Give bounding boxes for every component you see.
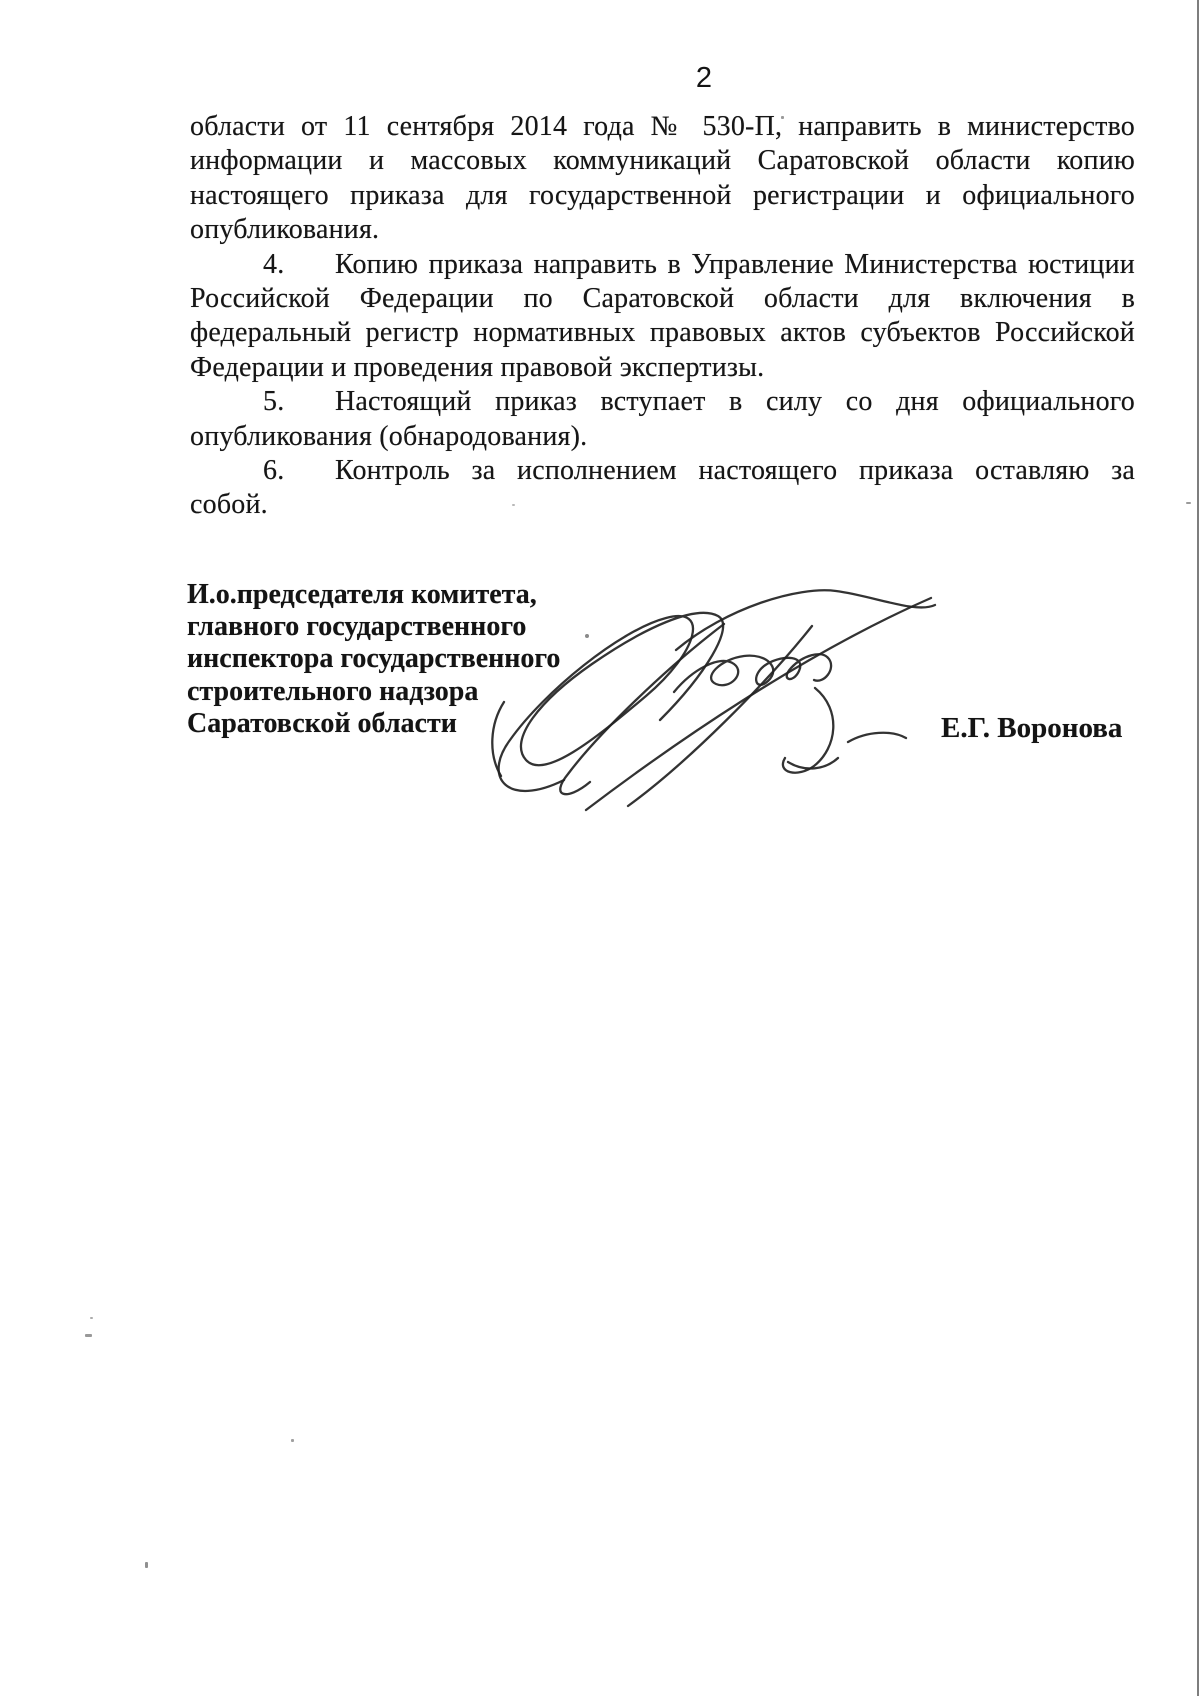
body-line: Федерации и проведения правовой эксперти… <box>190 351 1135 385</box>
signatory-name: Е.Г. Воронова <box>941 712 1122 745</box>
scan-edge-artifact <box>1197 0 1199 1696</box>
body-line: 6.Контроль за исполнением настоящего при… <box>190 454 1135 488</box>
body-line: Российской Федерации по Саратовской обла… <box>190 282 1135 316</box>
handwritten-signature-icon <box>468 572 948 822</box>
body-line-text: настоящего приказа для государственной р… <box>190 180 1135 211</box>
body-line: области от 11 сентября 2014 года № 530-П… <box>190 110 1135 144</box>
body-line-text: области от 11 сентября 2014 года № 530-П… <box>190 111 1135 142</box>
scan-speck <box>1186 502 1191 504</box>
body-line-text: Российской Федерации по Саратовской обла… <box>190 283 1135 314</box>
page-number: 2 <box>684 60 724 96</box>
body-line: федеральный регистр нормативных правовых… <box>190 316 1135 350</box>
body-line-text: собой. <box>190 489 268 520</box>
paragraph-number: 5. <box>263 385 335 419</box>
body-line: опубликования (обнародования). <box>190 420 1135 454</box>
paragraph-number: 6. <box>263 454 335 488</box>
body-line-text: опубликования. <box>190 214 379 245</box>
paragraph-number: 4. <box>263 248 335 282</box>
scanned-document-page: 2 области от 11 сентября 2014 года № 530… <box>0 0 1200 1696</box>
body-text: области от 11 сентября 2014 года № 530-П… <box>190 110 1135 523</box>
scan-speck <box>291 1439 294 1442</box>
body-line-text: федеральный регистр нормативных правовых… <box>190 317 1135 348</box>
body-line-text: Настоящий приказ вступает в силу со дня … <box>335 386 1135 417</box>
scan-speck <box>145 1562 148 1568</box>
scan-speck <box>512 504 515 506</box>
body-line: информации и массовых коммуникаций Сарат… <box>190 144 1135 178</box>
scan-speck <box>90 1317 93 1319</box>
scan-speck <box>781 116 784 119</box>
body-line-text: опубликования (обнародования). <box>190 421 587 452</box>
body-line-text: информации и массовых коммуникаций Сарат… <box>190 145 1135 176</box>
scan-speck <box>85 1334 92 1337</box>
scan-speck <box>585 634 589 638</box>
body-line-text: Контроль за исполнением настоящего прика… <box>335 455 1135 486</box>
body-line: 4.Копию приказа направить в Управление М… <box>190 248 1135 282</box>
body-line-text: Федерации и проведения правовой эксперти… <box>190 352 764 383</box>
body-line: настоящего приказа для государственной р… <box>190 179 1135 213</box>
body-line: 5.Настоящий приказ вступает в силу со дн… <box>190 385 1135 419</box>
body-line: опубликования. <box>190 213 1135 247</box>
body-line: собой. <box>190 488 1135 522</box>
body-line-text: Копию приказа направить в Управление Мин… <box>335 249 1135 280</box>
